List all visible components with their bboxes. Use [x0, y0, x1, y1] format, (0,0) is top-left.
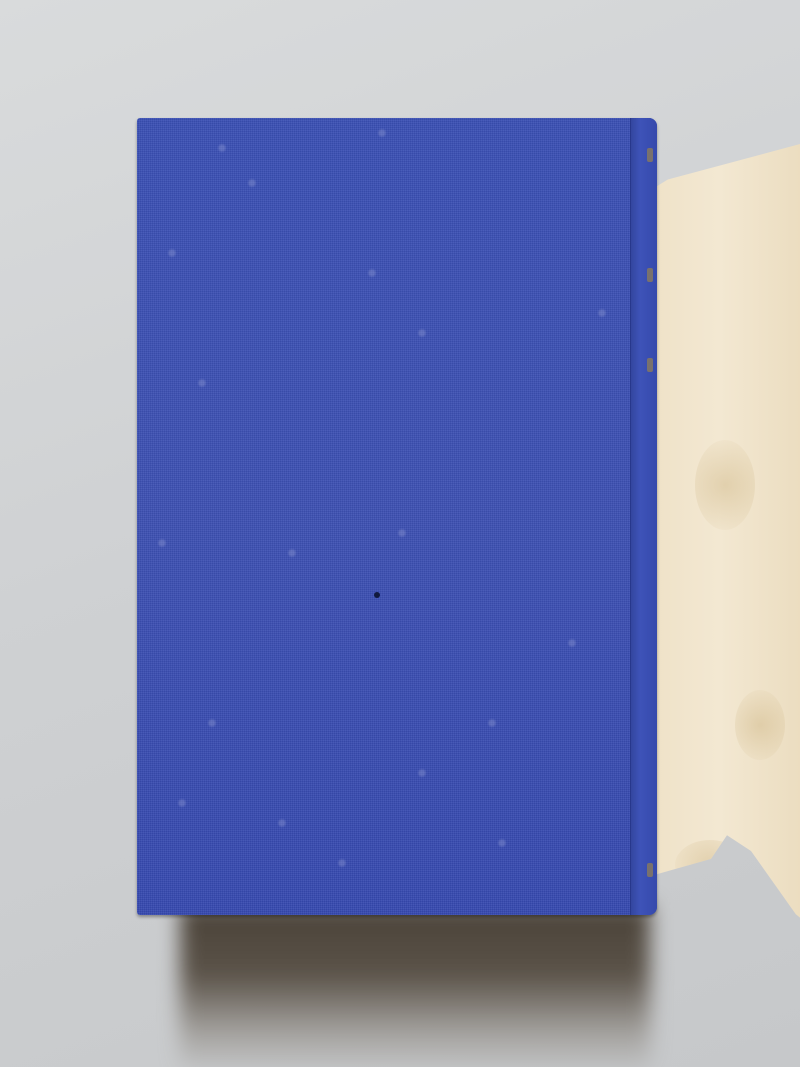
book-shadow	[180, 905, 650, 1067]
cloth-fleck	[487, 718, 497, 728]
jacket-stain	[675, 840, 745, 890]
photo-scene: Photograph of a blue cloth-bound hardcov…	[0, 0, 800, 1067]
jacket-stain	[735, 690, 785, 760]
spine-wear-mark	[647, 268, 653, 282]
jacket-stain	[695, 440, 755, 530]
cloth-fleck	[157, 538, 167, 548]
dust-jacket	[655, 140, 800, 930]
cloth-fleck	[567, 638, 577, 648]
cloth-fleck	[367, 268, 377, 278]
cloth-fleck	[337, 858, 347, 868]
cloth-fleck	[217, 143, 227, 153]
cloth-fleck	[277, 818, 287, 828]
spine-wear-mark	[647, 148, 653, 162]
cloth-fleck	[497, 838, 507, 848]
cloth-fleck	[417, 328, 427, 338]
cloth-fleck	[377, 128, 387, 138]
cloth-fleck	[247, 178, 257, 188]
scene-description: Photograph of a blue cloth-bound hardcov…	[0, 0, 1, 1]
cloth-fleck	[417, 768, 427, 778]
cloth-fleck	[177, 798, 187, 808]
cover-blemish	[374, 592, 380, 598]
book-cover	[137, 118, 657, 915]
cloth-fleck	[597, 308, 607, 318]
cloth-fleck	[287, 548, 297, 558]
spine-wear-mark	[647, 863, 653, 877]
cloth-fleck	[167, 248, 177, 258]
spine-wear-mark	[647, 358, 653, 372]
book-spine-edge	[630, 118, 657, 915]
cloth-fleck	[197, 378, 207, 388]
cloth-fleck	[397, 528, 407, 538]
cloth-fleck	[207, 718, 217, 728]
